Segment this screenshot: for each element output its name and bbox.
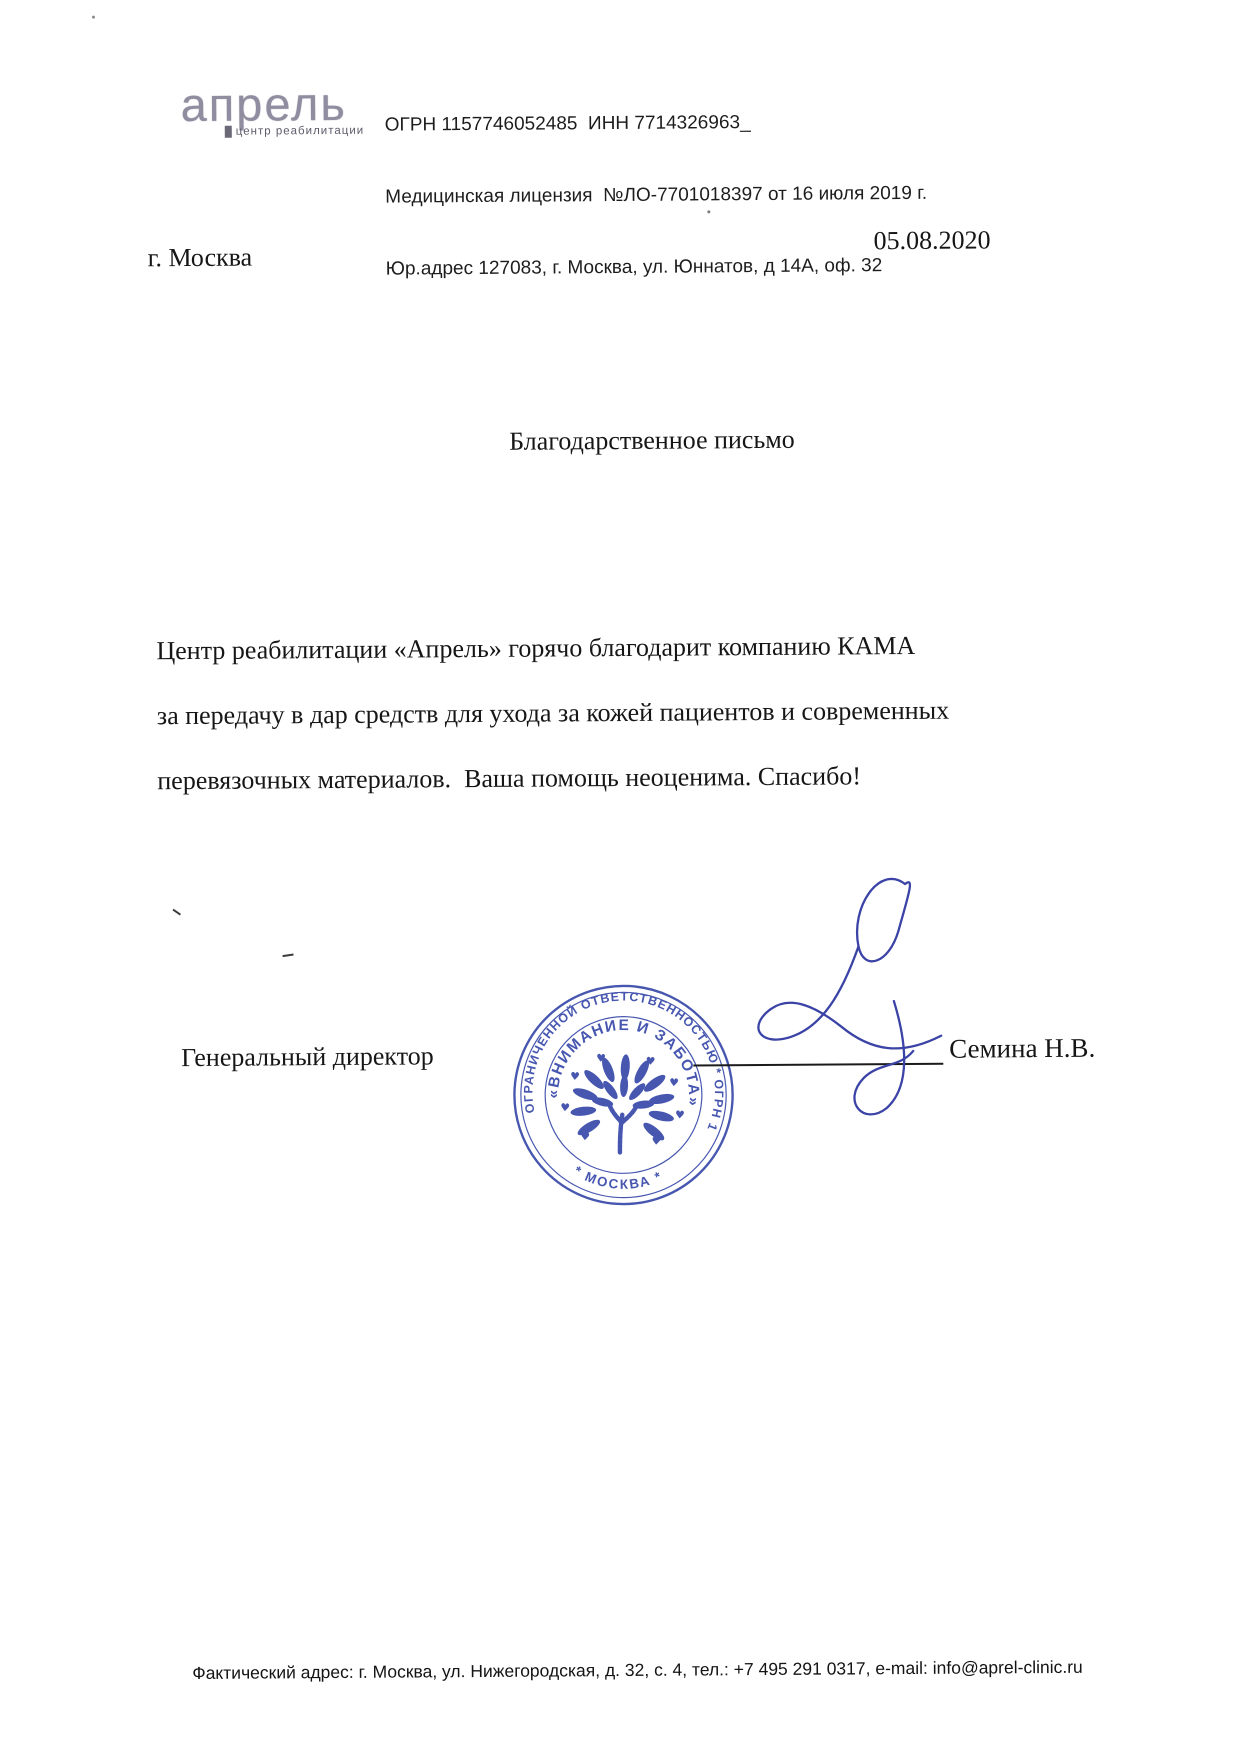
letterhead-license: Медицинская лицензия №ЛО-7701018397 от 1…	[385, 182, 927, 210]
company-logo: апрель центр реабилитации	[180, 80, 380, 138]
logo-subtitle: центр реабилитации	[236, 125, 364, 138]
body-line-2: за передачу в дар средств для ухода за к…	[157, 696, 949, 732]
logo-wordmark: апрель	[180, 80, 380, 128]
stamp-heart-icon: ♥	[560, 1101, 571, 1115]
letterhead-info: ОГРН 1157746052485 ИНН 7714326963_ Медиц…	[384, 62, 928, 330]
scan-artifact	[92, 16, 95, 19]
letterhead-legal-address: Юр.адрес 127083, г. Москва, ул. Юннатов,…	[386, 254, 928, 282]
scan-artifact	[282, 954, 293, 958]
scan-artifact	[172, 909, 181, 916]
stamp-heart-icon: ♥	[580, 1130, 591, 1144]
logo-leaf-icon	[225, 126, 232, 138]
scan-artifact	[707, 210, 710, 213]
body-line-3: перевязочных материалов. Ваша помощь нео…	[157, 761, 861, 796]
stamp-heart-icon: ♥	[651, 1134, 662, 1148]
letter-title: Благодарственное письмо	[0, 422, 1237, 461]
signer-role: Генеральный директор	[181, 1041, 434, 1073]
stamp-heart-icon: ♥	[596, 1051, 607, 1065]
body-line-1: Центр реабилитации «Апрель» горячо благо…	[156, 631, 915, 666]
letter-date: 05.08.2020	[873, 225, 990, 256]
stamp-heart-icon: ♥	[645, 1055, 656, 1069]
letter-city: г. Москва	[148, 243, 253, 274]
footer-address: Фактический адрес: г. Москва, ул. Нижего…	[5, 1656, 1240, 1686]
handwritten-signature	[660, 850, 982, 1136]
letterhead-ogrn-inn: ОГРН 1157746052485 ИНН 7714326963_	[385, 110, 927, 138]
letter-page: апрель центр реабилитации ОГРН 115774605…	[0, 0, 1240, 1754]
stamp-heart-icon: ♥	[570, 1070, 581, 1084]
